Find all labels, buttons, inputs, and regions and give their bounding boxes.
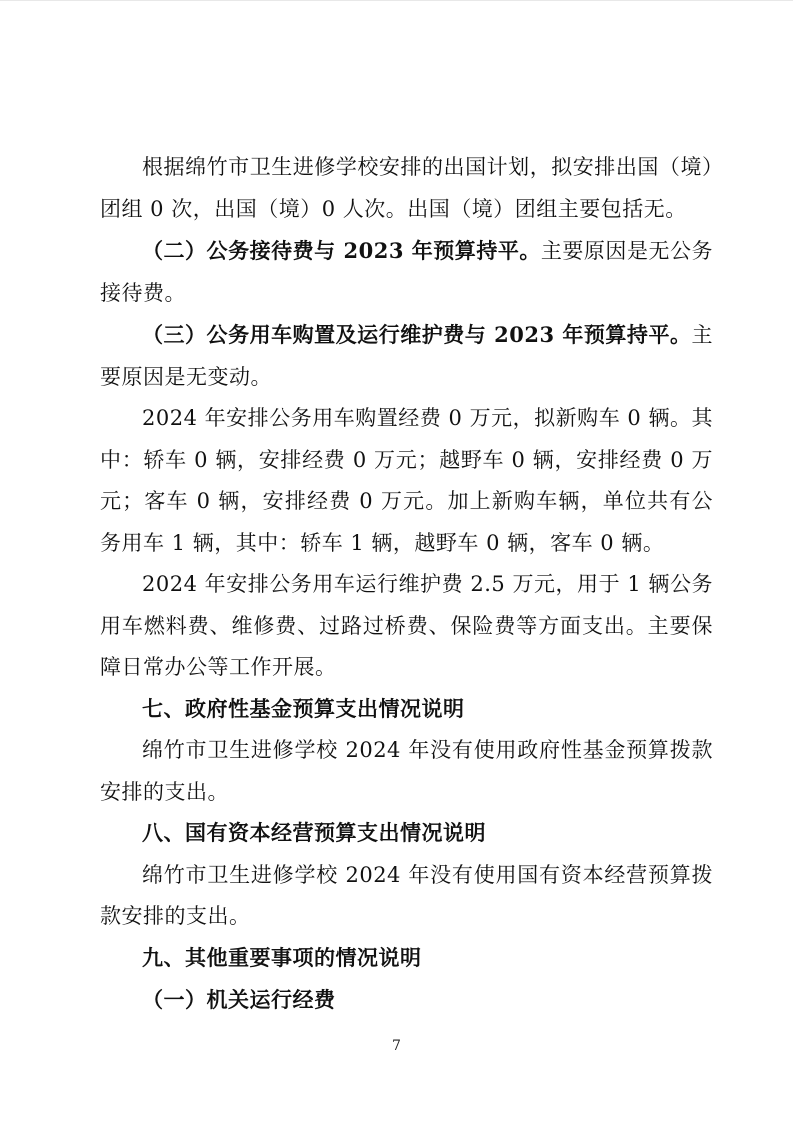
heading-text: 九、其他重要事项的情况说明 (142, 946, 422, 970)
paragraph-vehicle-maintenance-heading: （三）公务用车购置及运行维护费与 2023 年预算持平。主要原因是无变动。 (100, 314, 713, 398)
paragraph-text: 2024 年安排公务用车运行维护费 2.5 万元，用于 1 辆公务用车燃料费、维… (100, 572, 713, 679)
paragraph-government-fund: 绵竹市卫生进修学校 2024 年没有使用政府性基金预算拨款安排的支出。 (100, 730, 713, 813)
heading-text: 八、国有资本经营预算支出情况说明 (142, 821, 486, 845)
paragraph-state-capital: 绵竹市卫生进修学校 2024 年没有使用国有资本经营预算拨款安排的支出。 (100, 855, 713, 938)
subheading-agency-operating-expense: （一）机关运行经费 (100, 979, 713, 1021)
heading-text: 七、政府性基金预算支出情况说明 (142, 697, 465, 721)
page-footer: 7 (0, 1035, 793, 1054)
section-heading-seven: 七、政府性基金预算支出情况说明 (100, 689, 713, 731)
heading-text: （一）机关运行经费 (142, 987, 336, 1012)
paragraph-vehicle-purchase-detail: 2024 年安排公务用车购置经费 0 万元，拟新购车 0 辆。其中：轿车 0 辆… (100, 398, 713, 564)
document-page: 根据绵竹市卫生进修学校安排的出国计划，拟安排出国（境）团组 0 次，出国（境）0… (0, 0, 793, 1122)
paragraph-text: 绵竹市卫生进修学校 2024 年没有使用国有资本经营预算拨款安排的支出。 (100, 863, 713, 929)
subheading-vehicle-fee: （三）公务用车购置及运行维护费与 2023 年预算持平。 (142, 322, 692, 347)
section-heading-eight: 八、国有资本经营预算支出情况说明 (100, 813, 713, 855)
subheading-reception-fee: （二）公务接待费与 2023 年预算持平。 (142, 238, 541, 263)
paragraph-text: 2024 年安排公务用车购置经费 0 万元，拟新购车 0 辆。其中：轿车 0 辆… (100, 406, 713, 555)
paragraph-official-reception: （二）公务接待费与 2023 年预算持平。主要原因是无公务接待费。 (100, 230, 713, 314)
section-heading-nine: 九、其他重要事项的情况说明 (100, 938, 713, 980)
paragraph-text: 根据绵竹市卫生进修学校安排的出国计划，拟安排出国（境）团组 0 次，出国（境）0… (100, 155, 713, 221)
paragraph-vehicle-operation-detail: 2024 年安排公务用车运行维护费 2.5 万元，用于 1 辆公务用车燃料费、维… (100, 564, 713, 689)
page-number: 7 (392, 1038, 401, 1054)
paragraph-overseas-trips: 根据绵竹市卫生进修学校安排的出国计划，拟安排出国（境）团组 0 次，出国（境）0… (100, 147, 713, 230)
page-content: 根据绵竹市卫生进修学校安排的出国计划，拟安排出国（境）团组 0 次，出国（境）0… (100, 147, 713, 1021)
paragraph-text: 绵竹市卫生进修学校 2024 年没有使用政府性基金预算拨款安排的支出。 (100, 738, 713, 804)
